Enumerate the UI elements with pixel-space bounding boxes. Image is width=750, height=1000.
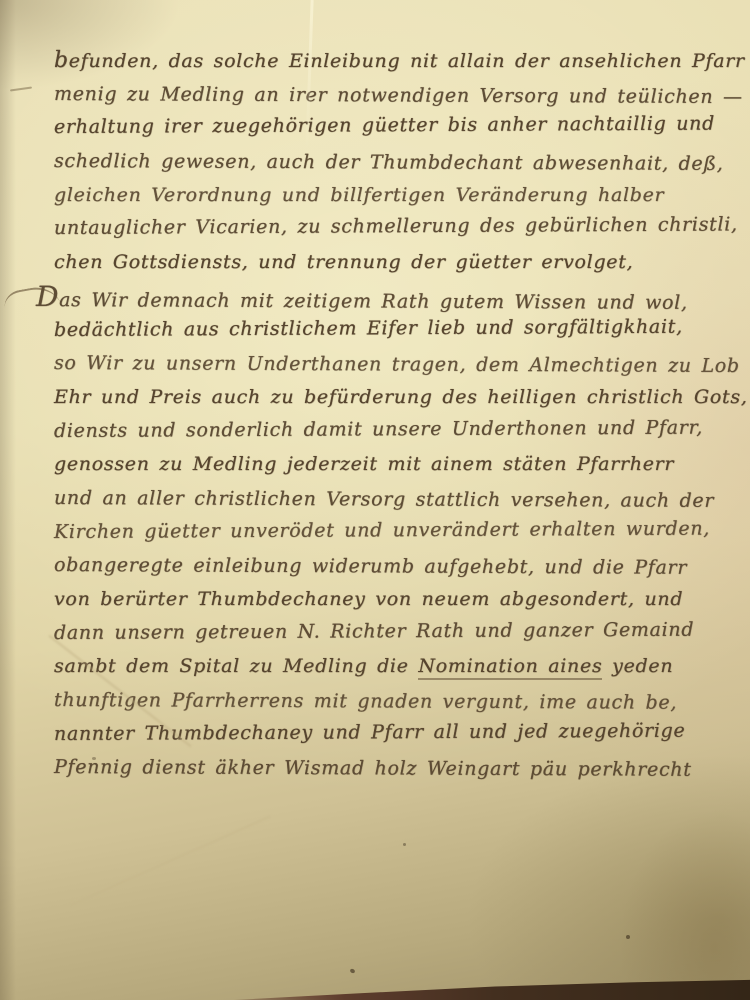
manuscript-line: von berürter Thumbdechaney von neuem abg… xyxy=(54,583,730,617)
manuscript-line: bedächtlich aus christlichem Eifer lieb … xyxy=(54,310,730,347)
manuscript-text-segment: erhaltung irer zuegehörigen güetter bis … xyxy=(54,113,715,138)
manuscript-text-segment: dann unsern getreuen N. Richter Rath und… xyxy=(54,618,694,643)
paper-speck xyxy=(403,843,406,846)
manuscript-line: genossen zu Medling jederzeit mit ainem … xyxy=(54,448,730,482)
manuscript-text-segment: und an aller christlichen Versorg stattl… xyxy=(54,487,714,512)
manuscript-text-segment: untauglicher Vicarien, zu schmellerung d… xyxy=(54,214,738,240)
manuscript-text-segment: diensts und sonderlich damit unsere Unde… xyxy=(54,416,703,441)
manuscript-text-segment: obangeregte einleibung widerumb aufgeheb… xyxy=(54,554,687,579)
underlined-phrase: Nomination aines xyxy=(418,655,602,680)
manuscript-line: gleichen Verordnung und billfertigen Ver… xyxy=(54,179,730,213)
manuscript-text-segment: yeden xyxy=(602,655,673,677)
manuscript-text-segment: schedlich gewesen, auch der Thumbdechant… xyxy=(54,150,724,175)
manuscript-text-segment: chen Gottsdiensts, und trennung der güet… xyxy=(54,251,633,273)
manuscript-text-segment: Das Wir demnach mit zeitigem Rath gutem … xyxy=(36,289,688,314)
manuscript-line: dann unsern getreuen N. Richter Rath und… xyxy=(54,613,730,650)
manuscript-line: Kirchen güetter unverödet und unveränder… xyxy=(54,512,730,549)
manuscript-text-segment: so Wir zu unsern Underthanen tragen, dem… xyxy=(54,352,740,377)
paper-speck xyxy=(92,757,96,760)
manuscript-text-segment: Ehr und Preis auch zu befürderung des he… xyxy=(54,386,748,408)
margin-ink-dash xyxy=(10,86,32,91)
manuscript-page: befunden, das solche Einleibung nit alla… xyxy=(0,0,750,1000)
manuscript-text-segment: thunftigen Pfarrherrens mit gnaden vergu… xyxy=(54,689,677,714)
manuscript-line: obangeregte einleibung widerumb aufgeheb… xyxy=(54,549,730,586)
manuscript-text-segment: genossen zu Medling jederzeit mit ainem … xyxy=(54,453,674,475)
manuscript-line: untauglicher Vicarien, zu schmellerung d… xyxy=(54,209,730,246)
manuscript-line: Ehr und Preis auch zu befürderung des he… xyxy=(54,381,730,415)
manuscript-text-segment: bedächtlich aus christlichem Eifer lieb … xyxy=(54,315,683,340)
paper-stain xyxy=(570,740,750,1000)
manuscript-text-segment: Kirchen güetter unverödet und unveränder… xyxy=(54,517,710,542)
manuscript-line: chen Gottsdiensts, und trennung der güet… xyxy=(54,246,730,280)
paper-speck xyxy=(349,968,355,974)
manuscript-line: so Wir zu unsern Underthanen tragen, dem… xyxy=(54,347,730,384)
manuscript-text-segment: von berürter Thumbdechaney von neuem abg… xyxy=(54,588,683,610)
manuscript-text-segment: befunden, das solche Einleibung nit alla… xyxy=(54,50,745,72)
manuscript-line: erhaltung irer zuegehörigen güetter bis … xyxy=(54,108,730,145)
manuscript-text-segment: sambt dem Spital zu Medling die xyxy=(54,655,418,677)
manuscript-text-segment: gleichen Verordnung und billfertigen Ver… xyxy=(54,184,664,206)
manuscript-text-segment: menig zu Medling an irer notwendigen Ver… xyxy=(54,83,743,108)
manuscript-text-block: befunden, das solche Einleibung nit alla… xyxy=(54,44,730,785)
manuscript-line: schedlich gewesen, auch der Thumbdechant… xyxy=(54,145,730,182)
manuscript-line: diensts und sonderlich damit unsere Unde… xyxy=(54,411,730,448)
paper-crease-diagonal xyxy=(69,815,271,906)
manuscript-line: sambt dem Spital zu Medling die Nominati… xyxy=(54,650,730,684)
manuscript-line: befunden, das solche Einleibung nit alla… xyxy=(54,44,730,78)
